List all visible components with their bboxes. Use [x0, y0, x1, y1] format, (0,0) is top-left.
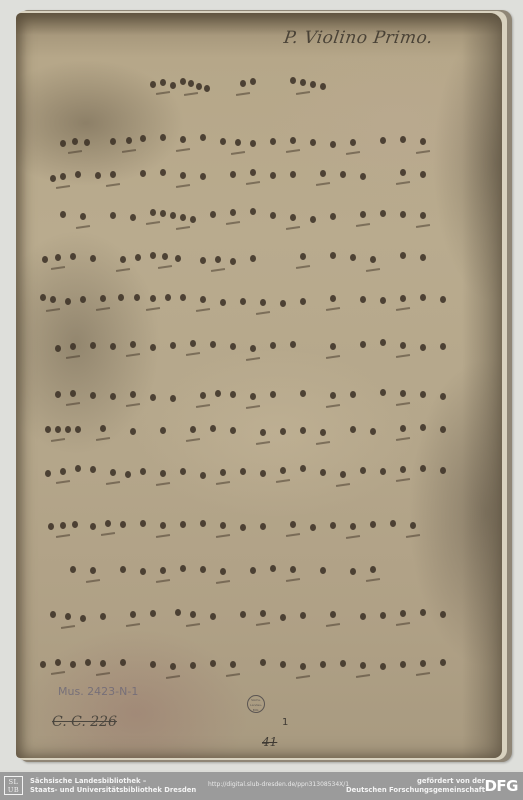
note-head-icon: [320, 83, 326, 90]
note-head-icon: [90, 342, 96, 349]
note-head-icon: [170, 395, 176, 402]
note-head-icon: [330, 295, 336, 302]
note-head-icon: [55, 659, 61, 666]
beam-stroke: [296, 91, 310, 95]
note-head-icon: [200, 173, 206, 180]
note-head-icon: [180, 565, 186, 572]
beam-stroke: [156, 482, 170, 486]
note-head-icon: [200, 134, 206, 141]
note-head-icon: [370, 428, 376, 435]
beam-stroke: [396, 437, 410, 441]
note-head-icon: [400, 295, 406, 302]
note-head-icon: [180, 294, 186, 301]
funder-line1: gefördert von der: [346, 777, 485, 786]
note-head-icon: [290, 171, 296, 178]
note-head-icon: [230, 661, 236, 668]
note-head-icon: [420, 171, 426, 178]
note-head-icon: [180, 78, 186, 85]
note-head-icon: [150, 209, 156, 216]
note-head-icon: [230, 343, 236, 350]
notation-row: [16, 165, 502, 189]
beam-stroke: [176, 148, 190, 152]
note-head-icon: [290, 566, 296, 573]
note-head-icon: [90, 255, 96, 262]
note-head-icon: [250, 567, 256, 574]
note-head-icon: [126, 137, 132, 144]
note-head-icon: [400, 425, 406, 432]
beam-stroke: [156, 91, 170, 95]
note-head-icon: [42, 256, 48, 263]
notation-row: [16, 130, 502, 154]
beam-stroke: [236, 92, 250, 96]
note-head-icon: [162, 253, 168, 260]
note-head-icon: [140, 568, 146, 575]
note-head-icon: [134, 294, 140, 301]
note-head-icon: [370, 256, 376, 263]
notation-row: [16, 75, 502, 99]
beam-stroke: [51, 266, 65, 270]
note-head-icon: [130, 428, 136, 435]
note-head-icon: [310, 139, 316, 146]
note-head-icon: [200, 392, 206, 399]
beam-stroke: [256, 311, 270, 315]
note-head-icon: [150, 661, 156, 668]
title-text: Violino Primo.: [303, 28, 434, 48]
beam-stroke: [366, 578, 380, 582]
note-head-icon: [118, 294, 124, 301]
note-head-icon: [270, 138, 276, 145]
note-head-icon: [260, 610, 266, 617]
attribution-footer: SL UB Sächsische Landesbibliothek – Staa…: [0, 772, 523, 800]
library-name-line2: Staats- und Universitätsbibliothek Dresd…: [30, 786, 196, 795]
permalink-url[interactable]: http://digital.slub-dresden.de/ppn313085…: [208, 781, 349, 788]
note-head-icon: [250, 140, 256, 147]
note-head-icon: [75, 171, 81, 178]
beam-stroke: [226, 221, 240, 225]
note-head-icon: [210, 211, 216, 218]
note-head-icon: [330, 611, 336, 618]
beam-stroke: [146, 221, 160, 225]
beam-stroke: [176, 184, 190, 188]
note-head-icon: [70, 253, 76, 260]
beam-stroke: [156, 579, 170, 583]
note-head-icon: [120, 659, 126, 666]
note-head-icon: [400, 169, 406, 176]
beam-stroke: [56, 480, 70, 484]
note-head-icon: [330, 343, 336, 350]
note-head-icon: [370, 521, 376, 528]
part-title-inscription: P. Violino Primo.: [283, 28, 435, 48]
note-head-icon: [190, 426, 196, 433]
note-head-icon: [220, 138, 226, 145]
note-head-icon: [400, 252, 406, 259]
note-head-icon: [130, 611, 136, 618]
note-head-icon: [240, 80, 246, 87]
beam-stroke: [68, 150, 82, 154]
notation-row: [16, 655, 502, 679]
note-head-icon: [400, 342, 406, 349]
note-head-icon: [320, 567, 326, 574]
note-head-icon: [290, 341, 296, 348]
note-head-icon: [160, 79, 166, 86]
note-head-icon: [130, 341, 136, 348]
note-head-icon: [160, 470, 166, 477]
note-head-icon: [340, 171, 346, 178]
beam-stroke: [256, 622, 270, 626]
note-head-icon: [210, 425, 216, 432]
note-head-icon: [40, 661, 46, 668]
note-head-icon: [50, 175, 56, 182]
note-head-icon: [170, 663, 176, 670]
note-head-icon: [204, 85, 210, 92]
note-head-icon: [330, 141, 336, 148]
note-head-icon: [125, 471, 131, 478]
note-head-icon: [270, 565, 276, 572]
note-head-icon: [320, 661, 326, 668]
note-head-icon: [60, 211, 66, 218]
note-head-icon: [65, 426, 71, 433]
beam-stroke: [106, 481, 120, 485]
note-head-icon: [130, 391, 136, 398]
note-head-icon: [300, 79, 306, 86]
note-head-icon: [420, 212, 426, 219]
note-head-icon: [150, 344, 156, 351]
note-head-icon: [330, 392, 336, 399]
note-head-icon: [230, 171, 236, 178]
note-head-icon: [75, 426, 81, 433]
note-head-icon: [72, 138, 78, 145]
beam-stroke: [316, 441, 330, 445]
note-head-icon: [215, 390, 221, 397]
note-head-icon: [270, 342, 276, 349]
beam-stroke: [216, 580, 230, 584]
beam-stroke: [416, 150, 430, 154]
beam-stroke: [186, 438, 200, 442]
note-head-icon: [360, 173, 366, 180]
note-head-icon: [95, 172, 101, 179]
note-head-icon: [420, 660, 426, 667]
note-head-icon: [55, 426, 61, 433]
notation-row: [16, 605, 502, 629]
note-head-icon: [90, 567, 96, 574]
beam-stroke: [56, 534, 70, 538]
beam-stroke: [231, 151, 245, 155]
note-head-icon: [210, 341, 216, 348]
beam-stroke: [326, 355, 340, 359]
note-head-icon: [440, 467, 446, 474]
note-head-icon: [330, 213, 336, 220]
note-head-icon: [280, 467, 286, 474]
beam-stroke: [356, 674, 370, 678]
note-head-icon: [160, 427, 166, 434]
note-head-icon: [360, 613, 366, 620]
note-head-icon: [220, 522, 226, 529]
beam-stroke: [396, 181, 410, 185]
note-head-icon: [320, 170, 326, 177]
manuscript-page-image[interactable]: P. Violino Primo. Mus. 2423-N-1 C. C. 22…: [16, 13, 502, 758]
note-head-icon: [90, 523, 96, 530]
note-head-icon: [100, 425, 106, 432]
note-head-icon: [200, 520, 206, 527]
note-head-icon: [290, 521, 296, 528]
note-head-icon: [280, 661, 286, 668]
note-head-icon: [300, 298, 306, 305]
note-head-icon: [440, 343, 446, 350]
note-head-icon: [140, 170, 146, 177]
note-head-icon: [180, 521, 186, 528]
notation-row: [16, 248, 502, 272]
note-head-icon: [320, 429, 326, 436]
beam-stroke: [216, 534, 230, 538]
beam-stroke: [146, 307, 160, 311]
slub-logo-top: SL: [5, 778, 22, 786]
note-head-icon: [290, 214, 296, 221]
notation-row: [16, 560, 502, 584]
beam-stroke: [226, 673, 240, 677]
note-head-icon: [180, 468, 186, 475]
note-head-icon: [250, 255, 256, 262]
beam-stroke: [416, 672, 430, 676]
note-head-icon: [160, 134, 166, 141]
note-head-icon: [230, 258, 236, 265]
note-head-icon: [420, 391, 426, 398]
note-head-icon: [440, 393, 446, 400]
note-head-icon: [55, 254, 61, 261]
beam-stroke: [66, 402, 80, 406]
note-head-icon: [290, 77, 296, 84]
beam-stroke: [126, 623, 140, 627]
beam-stroke: [396, 354, 410, 358]
library-name[interactable]: Sächsische Landesbibliothek – Staats- un…: [30, 777, 196, 795]
note-head-icon: [188, 80, 194, 87]
note-head-icon: [380, 468, 386, 475]
note-head-icon: [250, 78, 256, 85]
beam-stroke: [51, 671, 65, 675]
note-head-icon: [65, 613, 71, 620]
note-head-icon: [350, 391, 356, 398]
note-head-icon: [200, 566, 206, 573]
note-head-icon: [65, 298, 71, 305]
note-head-icon: [160, 210, 166, 217]
notation-row: [16, 420, 502, 444]
beam-stroke: [86, 579, 100, 583]
funder-line2: Deutschen Forschungsgemeinschaft: [346, 786, 485, 795]
note-head-icon: [250, 169, 256, 176]
note-head-icon: [240, 298, 246, 305]
beam-stroke: [156, 534, 170, 538]
note-head-icon: [300, 612, 306, 619]
note-head-icon: [180, 136, 186, 143]
note-head-icon: [280, 428, 286, 435]
note-head-icon: [270, 391, 276, 398]
note-head-icon: [100, 295, 106, 302]
note-head-icon: [260, 470, 266, 477]
beam-stroke: [61, 625, 75, 629]
note-head-icon: [120, 566, 126, 573]
beam-stroke: [336, 483, 350, 487]
notation-row: [16, 460, 502, 484]
note-head-icon: [240, 468, 246, 475]
beam-stroke: [126, 403, 140, 407]
note-head-icon: [230, 391, 236, 398]
note-head-icon: [360, 341, 366, 348]
note-head-icon: [360, 296, 366, 303]
note-head-icon: [72, 521, 78, 528]
note-head-icon: [60, 522, 66, 529]
note-head-icon: [70, 390, 76, 397]
note-head-icon: [360, 662, 366, 669]
note-head-icon: [240, 524, 246, 531]
note-head-icon: [48, 523, 54, 530]
note-head-icon: [84, 139, 90, 146]
beam-stroke: [186, 623, 200, 627]
note-head-icon: [45, 470, 51, 477]
note-head-icon: [380, 137, 386, 144]
beam-stroke: [126, 353, 140, 357]
funder-credit: gefördert von der Deutschen Forschungsge…: [346, 777, 485, 795]
note-head-icon: [60, 173, 66, 180]
beam-stroke: [76, 225, 90, 229]
beam-stroke: [46, 308, 60, 312]
note-head-icon: [400, 610, 406, 617]
beam-stroke: [366, 268, 380, 272]
note-head-icon: [200, 257, 206, 264]
note-head-icon: [110, 171, 116, 178]
note-head-icon: [240, 611, 246, 618]
note-head-icon: [420, 138, 426, 145]
beam-stroke: [286, 226, 300, 230]
notation-row: [16, 205, 502, 229]
note-head-icon: [380, 210, 386, 217]
note-head-icon: [230, 209, 236, 216]
beam-stroke: [56, 185, 70, 189]
beam-stroke: [166, 675, 180, 679]
beam-stroke: [184, 92, 198, 96]
note-head-icon: [40, 294, 46, 301]
note-head-icon: [180, 214, 186, 221]
note-head-icon: [70, 343, 76, 350]
note-head-icon: [135, 254, 141, 261]
note-head-icon: [90, 466, 96, 473]
note-head-icon: [110, 343, 116, 350]
note-head-icon: [320, 469, 326, 476]
note-head-icon: [260, 659, 266, 666]
beam-stroke: [256, 441, 270, 445]
note-head-icon: [260, 429, 266, 436]
note-head-icon: [80, 615, 86, 622]
note-head-icon: [300, 663, 306, 670]
note-head-icon: [120, 256, 126, 263]
note-head-icon: [440, 426, 446, 433]
note-head-icon: [80, 296, 86, 303]
beam-stroke: [51, 438, 65, 442]
library-stamp-icon: Sächs. Landes-Bibl.: [247, 695, 265, 713]
note-head-icon: [350, 568, 356, 575]
beam-stroke: [396, 478, 410, 482]
beam-stroke: [186, 352, 200, 356]
note-head-icon: [400, 136, 406, 143]
beam-stroke: [101, 532, 115, 536]
beam-stroke: [211, 268, 225, 272]
note-head-icon: [360, 467, 366, 474]
note-head-icon: [420, 294, 426, 301]
note-head-icon: [130, 214, 136, 221]
note-head-icon: [190, 340, 196, 347]
note-head-icon: [110, 138, 116, 145]
note-head-icon: [350, 426, 356, 433]
slub-logo-icon[interactable]: SL UB: [4, 776, 23, 795]
beam-stroke: [286, 149, 300, 153]
note-head-icon: [280, 614, 286, 621]
note-head-icon: [140, 468, 146, 475]
note-head-icon: [160, 169, 166, 176]
note-head-icon: [170, 342, 176, 349]
note-head-icon: [45, 426, 51, 433]
old-folio-number: 41: [262, 735, 277, 749]
note-head-icon: [80, 213, 86, 220]
folio-number: 1: [282, 717, 288, 728]
note-head-icon: [160, 522, 166, 529]
note-head-icon: [420, 254, 426, 261]
beam-stroke: [286, 533, 300, 537]
note-head-icon: [400, 390, 406, 397]
note-head-icon: [85, 659, 91, 666]
note-head-icon: [60, 468, 66, 475]
note-head-icon: [420, 344, 426, 351]
note-head-icon: [190, 216, 196, 223]
note-head-icon: [175, 609, 181, 616]
note-head-icon: [270, 172, 276, 179]
note-head-icon: [380, 612, 386, 619]
note-head-icon: [75, 465, 81, 472]
note-head-icon: [400, 466, 406, 473]
beam-stroke: [346, 151, 360, 155]
note-head-icon: [360, 211, 366, 218]
beam-stroke: [276, 479, 290, 483]
note-head-icon: [70, 661, 76, 668]
note-head-icon: [380, 389, 386, 396]
note-head-icon: [250, 345, 256, 352]
beam-stroke: [416, 224, 430, 228]
note-head-icon: [230, 427, 236, 434]
beam-stroke: [196, 404, 210, 408]
dfg-logo-icon[interactable]: DFG: [484, 777, 518, 795]
beam-stroke: [116, 268, 130, 272]
beam-stroke: [286, 578, 300, 582]
note-head-icon: [420, 609, 426, 616]
note-head-icon: [55, 391, 61, 398]
beam-stroke: [122, 149, 136, 153]
note-head-icon: [170, 212, 176, 219]
note-head-icon: [190, 611, 196, 618]
note-head-icon: [190, 662, 196, 669]
note-head-icon: [90, 392, 96, 399]
beam-stroke: [96, 672, 110, 676]
note-head-icon: [150, 295, 156, 302]
note-head-icon: [400, 211, 406, 218]
beam-stroke: [326, 307, 340, 311]
beam-stroke: [296, 675, 310, 679]
beam-stroke: [316, 182, 330, 186]
notation-row: [16, 515, 502, 539]
notation-row: [16, 290, 502, 314]
note-head-icon: [350, 139, 356, 146]
note-head-icon: [110, 469, 116, 476]
note-head-icon: [150, 394, 156, 401]
note-head-icon: [330, 252, 336, 259]
note-head-icon: [400, 661, 406, 668]
note-head-icon: [300, 465, 306, 472]
